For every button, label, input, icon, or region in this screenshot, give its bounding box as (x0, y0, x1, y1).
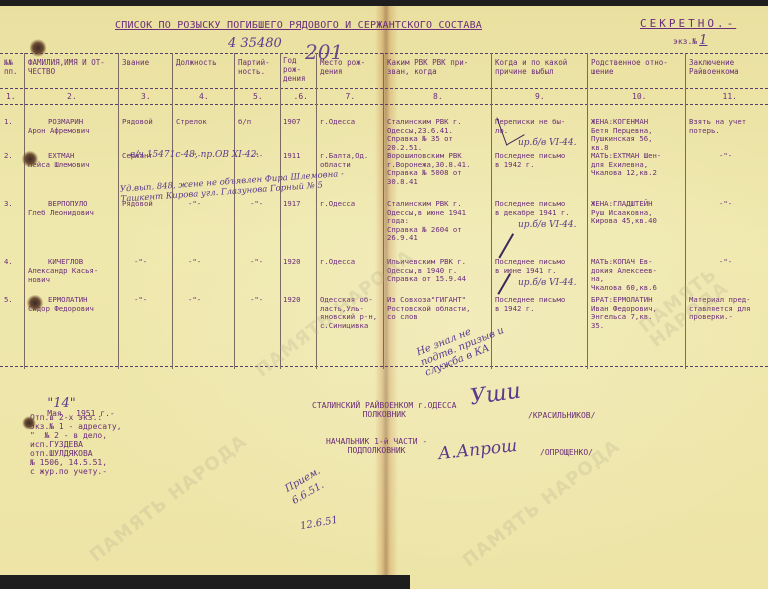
cell-relative-info: ЖЕНА:КОГЕНМАН Бетя Перцевна, Пушкинская … (591, 118, 653, 152)
column-number: .6. (294, 92, 308, 101)
column-header: Родственное отно- шение (591, 58, 668, 76)
copy-number: экз.№1 (673, 33, 707, 48)
column-header: Должность (176, 58, 217, 67)
scan-edge-top (0, 0, 768, 6)
cell-row-number: 4. (4, 258, 13, 267)
column-header: Партий- ность. (238, 58, 270, 76)
cell-relative-info: ЖЕНА:ГЛАДШТЕЙН Руш Исааковна, Кирова 45,… (591, 200, 657, 226)
cell-commissar-conclusion: -"- (719, 200, 732, 209)
cell-rank: -"- (134, 258, 147, 267)
cell-commissar-conclusion: -"- (719, 152, 732, 161)
copy-label: экз.№ (673, 37, 697, 46)
cell-commissar-conclusion: Взять на учет потерь. (689, 118, 746, 135)
column-number: 3. (141, 92, 151, 101)
paper-stain (22, 150, 38, 168)
paper-stain (22, 416, 36, 430)
cell-draft-info: Сталинским РВК г. Одессы,в июне 1941 год… (387, 200, 466, 243)
paper-stain (30, 38, 46, 58)
document-page: СПИСОК ПО РОЗЫСКУ ПОГИБШЕГО РЯДОВОГО И С… (0, 0, 768, 589)
cell-given-name: Арон Афремович (28, 127, 90, 136)
handwritten-verification-note: ир.б/в VI-44. (518, 278, 576, 288)
cell-row-number: 3. (4, 200, 13, 209)
signature-2: А.Апрош (437, 436, 518, 464)
column-number: 8. (433, 92, 443, 101)
column-number: 1. (6, 92, 16, 101)
cell-dropout-reason: Последнее письмо в 1942 г. (495, 296, 565, 313)
copy-number-value: 1 (699, 33, 707, 48)
handwritten-received-note: Прием. 6.6.51. (283, 449, 358, 508)
cell-draft-info: Ворошиловским РВК г.Воронежа,30.8.41. Сп… (387, 152, 470, 186)
column-header: Место рож- дения (320, 58, 365, 76)
cell-relative-info: МАТЬ:ЕХТМАН Шен- для Ехилевна, Чкалова 1… (591, 152, 661, 178)
distribution-list: Отп.в 2-х экз.: Экз.№ 1 - адресату, " № … (30, 413, 122, 476)
cell-rank: -"- (134, 296, 147, 305)
cell-row-number: 2. (4, 152, 13, 161)
column-number: 11. (723, 92, 737, 101)
signatory-1-name: /КРАСИЛЬНИКОВ/ (528, 411, 595, 420)
column-number: 5. (253, 92, 263, 101)
column-header: Звание (122, 58, 149, 67)
classification-stamp: СЕКРЕТНО.- (640, 17, 736, 30)
column-number: 4. (199, 92, 209, 101)
cell-party-membership: -"- (250, 200, 263, 209)
column-header: №№ пп. (4, 58, 18, 76)
cell-birth-year: 1917 (283, 200, 301, 209)
cell-birth-year: 1911 (283, 152, 301, 161)
paper-stain (26, 295, 44, 311)
signatory-1-title: СТАЛИНСКИЙ РАЙВОЕНКОМ г.ОДЕССА ПОЛКОВНИК (312, 401, 457, 419)
handwritten-unit-note: в/ч 15471с-48, пр.ОВ XI-42. (130, 150, 259, 160)
cell-party-membership: б/п (238, 118, 251, 127)
column-number: 7. (346, 92, 356, 101)
cell-given-name: Александр Касья- нович (28, 267, 98, 284)
cell-position: -"- (188, 200, 201, 209)
cell-dropout-reason: Последнее письмо в 1942 г. (495, 152, 565, 169)
handwritten-verification-note: ир.б/в VI-44. (518, 220, 576, 230)
cell-birth-year: 1920 (283, 258, 301, 267)
cell-given-name: Глеб Леонидович (28, 209, 94, 218)
cell-birth-year: 1907 (283, 118, 301, 127)
document-title: СПИСОК ПО РОЗЫСКУ ПОГИБШЕГО РЯДОВОГО И С… (115, 20, 482, 31)
archive-number: 4 35480 (228, 36, 282, 51)
handwritten-date-note: 12.6.51 (299, 515, 339, 532)
cell-relative-info: МАТЬ:КОПАЧ Ев- докия Алексеев- на, Чкало… (591, 258, 657, 292)
cell-birthplace: г.Одесса (320, 258, 355, 267)
cell-position: -"- (188, 296, 201, 305)
column-header: Год рож- дения (283, 56, 306, 83)
cell-draft-info: Сталинским РВК г. Одессы,23.6.41. Справк… (387, 118, 462, 152)
column-header: Каким РВК РВК при- зван, когда (387, 58, 468, 76)
cell-rank: Рядовой (122, 118, 153, 127)
cell-party-membership: -"- (250, 296, 263, 305)
cell-position: Стрелок (176, 118, 207, 127)
signature-1: Уши (469, 379, 523, 411)
column-header: Когда и по какой причине выбыл (495, 58, 567, 76)
cell-birth-year: 1920 (283, 296, 301, 305)
cell-birthplace: г.Одесса (320, 200, 355, 209)
column-header: Заключение Райвоенкома (689, 58, 739, 76)
scan-edge-bottom (0, 575, 410, 589)
column-number: 9. (535, 92, 545, 101)
cell-birthplace: г.Одесса (320, 118, 355, 127)
cell-draft-info: Из Совхоза"ГИГАНТ" Ростовской области, с… (387, 296, 470, 322)
cell-party-membership: -"- (250, 258, 263, 267)
cell-row-number: 5. (4, 296, 13, 305)
cell-position: -"- (188, 258, 201, 267)
cell-dropout-reason: Последнее письмо в декабре 1941 г. (495, 200, 570, 217)
column-header: ФАМИЛИЯ,ИМЯ И ОТ- ЧЕСТВО (28, 58, 105, 76)
column-number: 10. (632, 92, 646, 101)
cell-birthplace: г.Балта,Од. области (320, 152, 368, 169)
handwritten-verification-note: ир.б/в VI-44. (518, 138, 576, 148)
column-number: 2. (67, 92, 77, 101)
cell-dropout-reason: Последнее письмо в июне 1941 г. (495, 258, 565, 275)
cell-row-number: 1. (4, 118, 13, 127)
